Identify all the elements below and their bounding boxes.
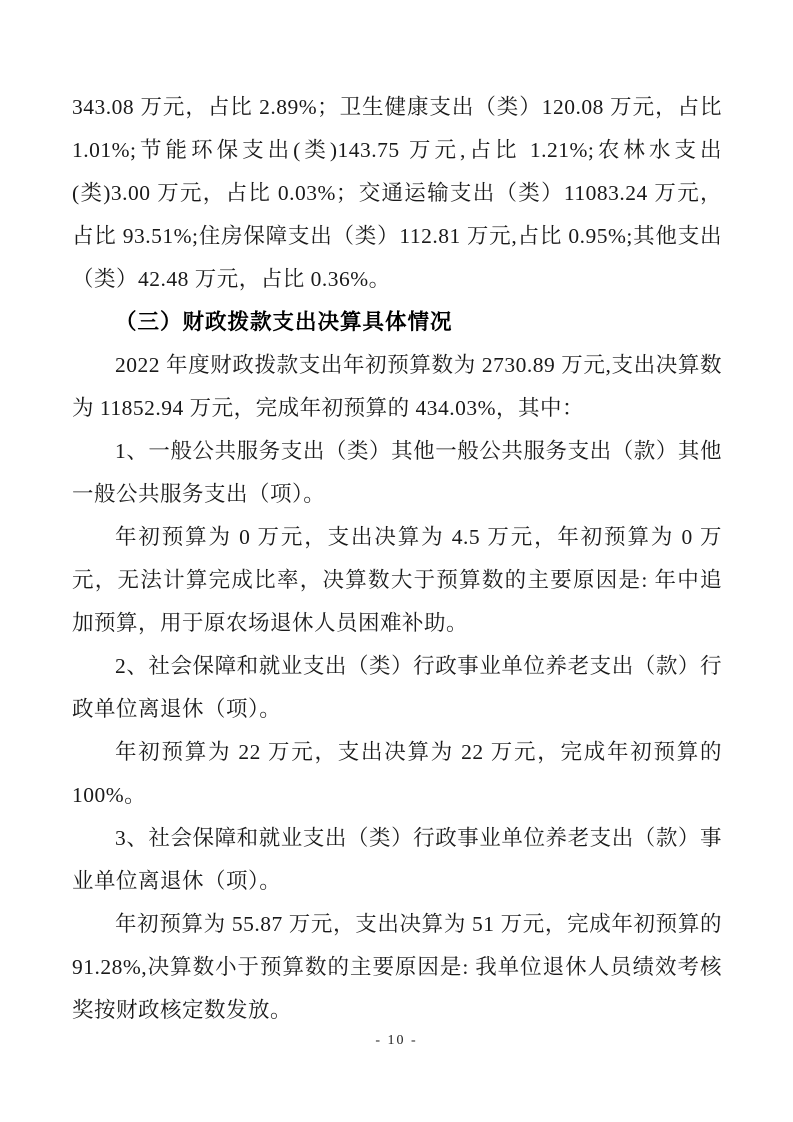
body-paragraph-item-1-detail: 年初预算为 0 万元，支出决算为 4.5 万元，年初预算为 0 万元，无法计算完… bbox=[72, 516, 722, 645]
body-paragraph-budget-summary: 2022 年度财政拨款支出年初预算数为 2730.89 万元,支出决算数为 11… bbox=[72, 344, 722, 430]
body-paragraph-item-2: 2、社会保障和就业支出（类）行政事业单位养老支出（款）行政单位离退休（项）。 bbox=[72, 645, 722, 731]
body-paragraph-item-1: 1、一般公共服务支出（类）其他一般公共服务支出（款）其他一般公共服务支出（项）。 bbox=[72, 430, 722, 516]
body-paragraph-item-2-detail: 年初预算为 22 万元，支出决算为 22 万元，完成年初预算的 100%。 bbox=[72, 731, 722, 817]
document-page: 343.08 万元，占比 2.89%；卫生健康支出（类）120.08 万元，占比… bbox=[0, 0, 793, 1122]
body-paragraph-item-3: 3、社会保障和就业支出（类）行政事业单位养老支出（款）事业单位离退休（项）。 bbox=[72, 817, 722, 903]
section-heading: （三）财政拨款支出决算具体情况 bbox=[72, 301, 722, 344]
body-paragraph-expenditure-ratios: 343.08 万元，占比 2.89%；卫生健康支出（类）120.08 万元，占比… bbox=[72, 86, 722, 301]
document-body: 343.08 万元，占比 2.89%；卫生健康支出（类）120.08 万元，占比… bbox=[72, 86, 722, 1032]
page-number: - 10 - bbox=[0, 1033, 793, 1049]
body-paragraph-item-3-detail: 年初预算为 55.87 万元，支出决算为 51 万元，完成年初预算的 91.28… bbox=[72, 903, 722, 1032]
